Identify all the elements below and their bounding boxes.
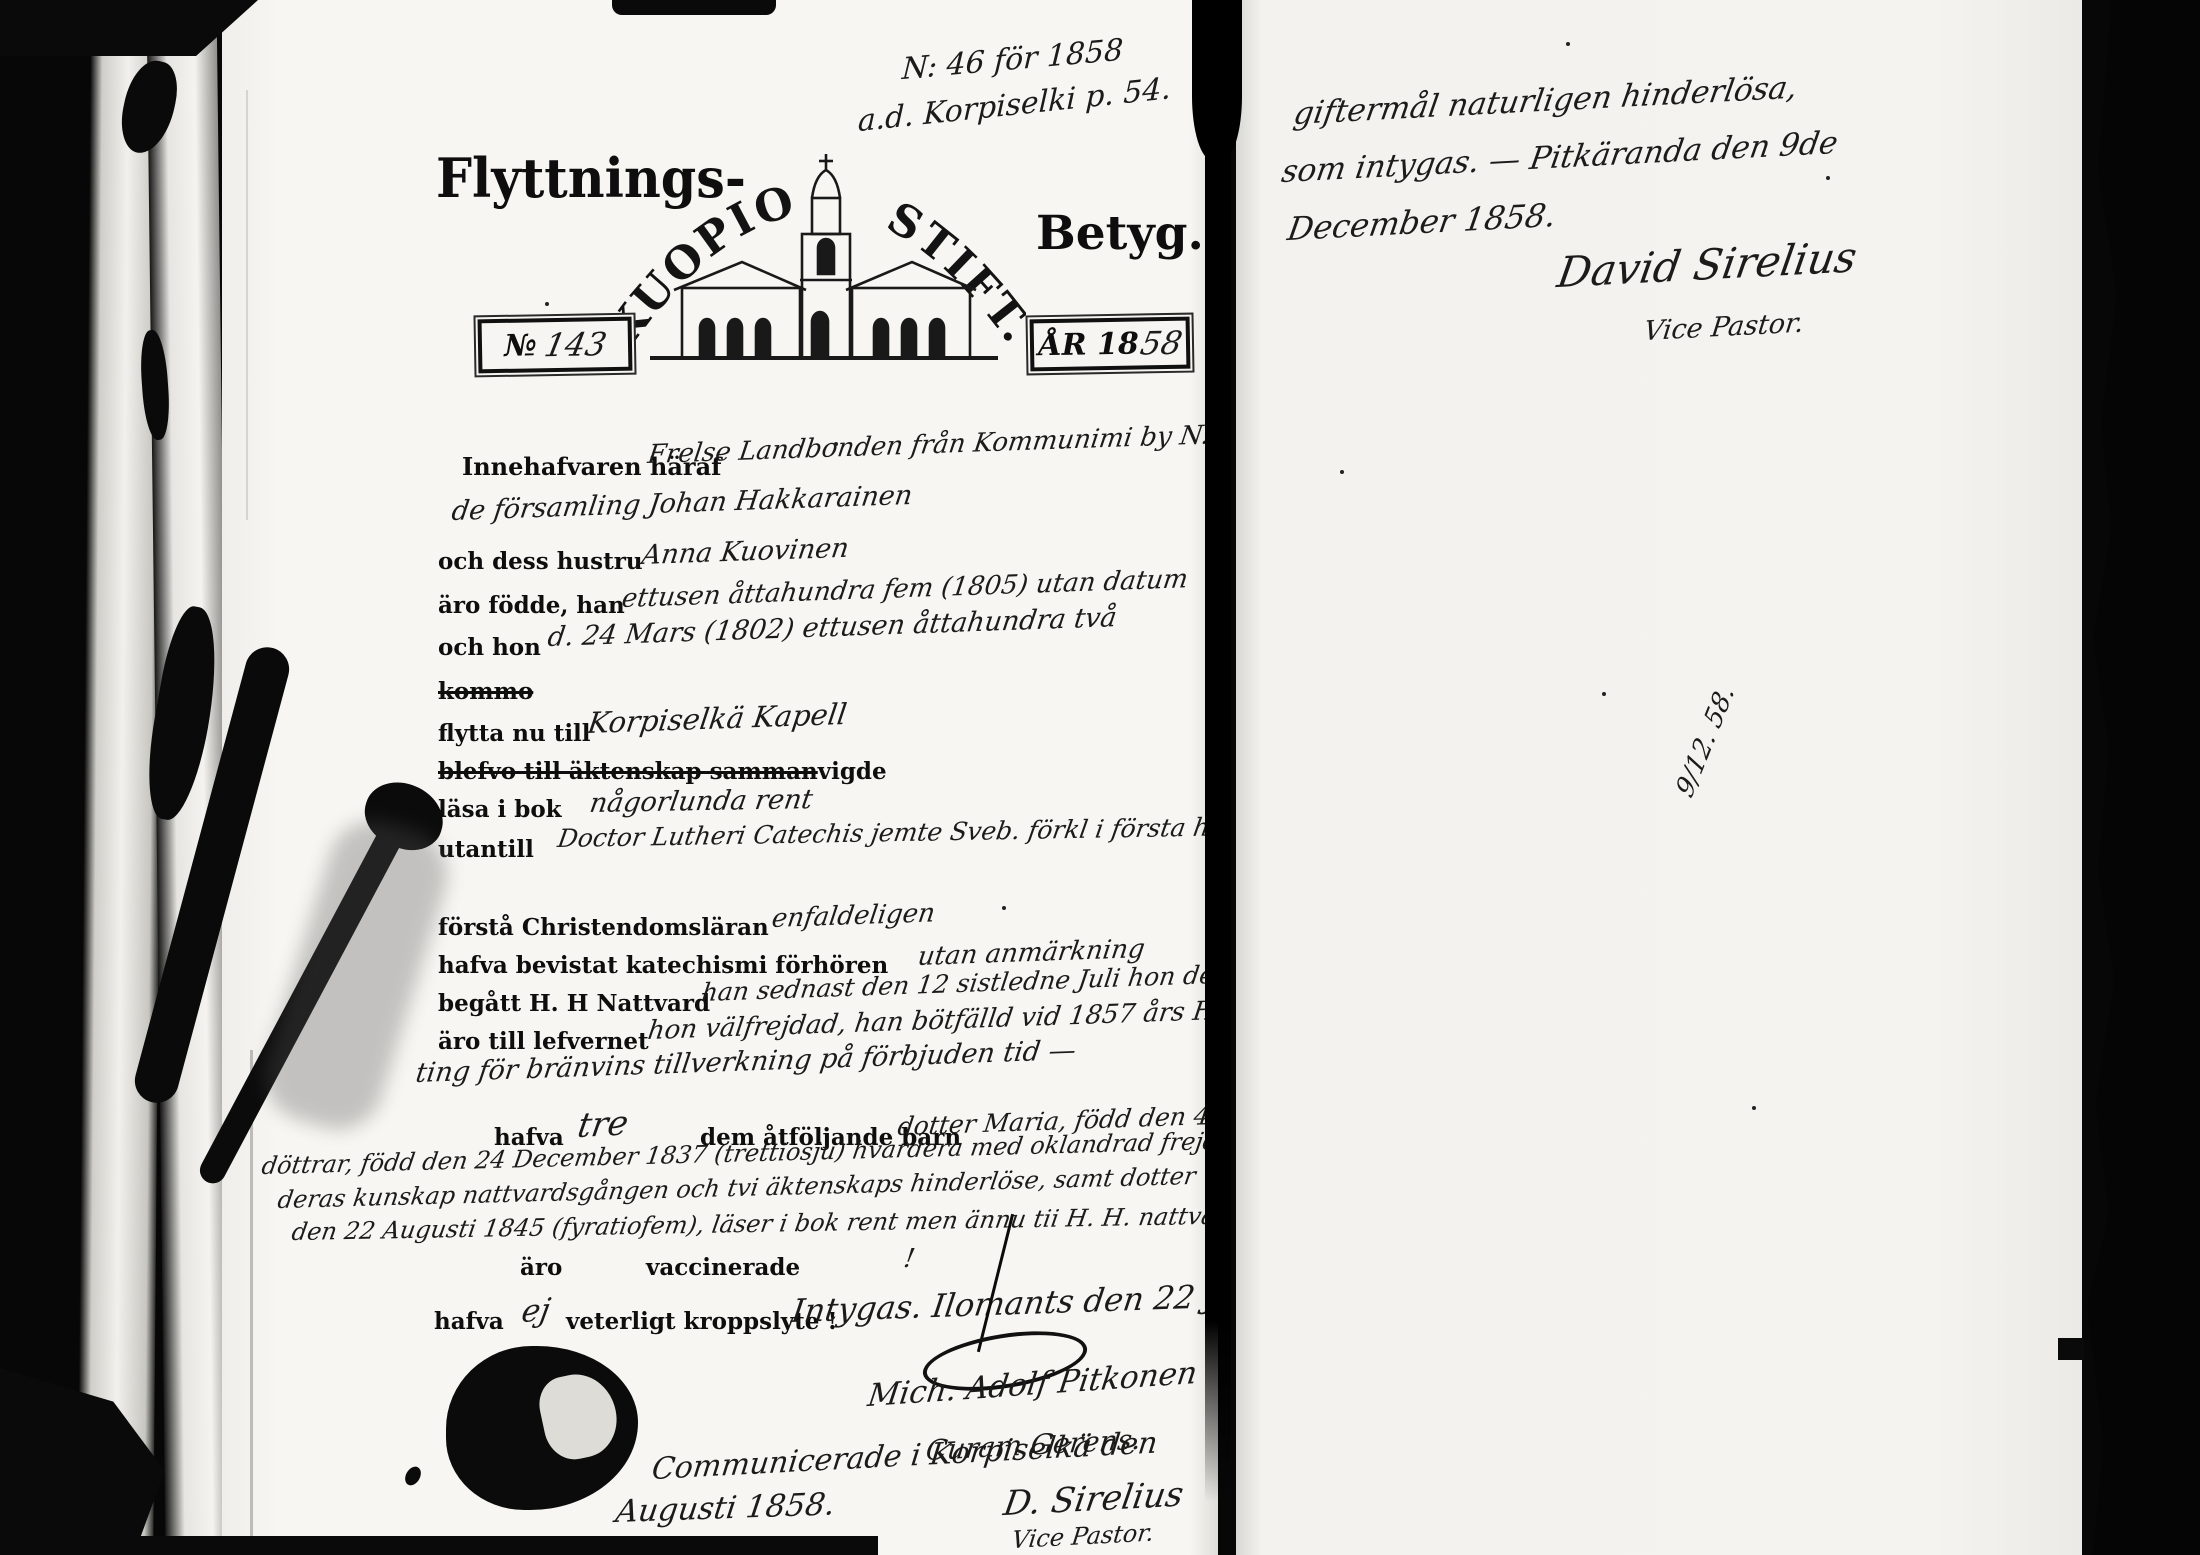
handwritten-mark: ! xyxy=(901,1244,917,1274)
year-written: 58 xyxy=(1137,324,1185,363)
handwritten-entry: ej xyxy=(519,1292,553,1330)
form-label: äro xyxy=(520,1254,562,1281)
speckle xyxy=(1340,470,1344,474)
handwritten-entry: någorlunda rent xyxy=(588,784,815,819)
signature-title: Vice Pastor. xyxy=(1010,1518,1155,1554)
attestation-line: Intygas. Ilomants den 22 Juni 1858. xyxy=(789,1272,1218,1330)
handwritten-entry: tre xyxy=(575,1103,631,1146)
year-printed: ÅR 18 xyxy=(1038,326,1139,363)
handwritten-entry: Frelse Landbonden från Kommunimi by N:o … xyxy=(646,418,1218,470)
signature: David Sirelius xyxy=(1554,232,1860,297)
form-label: förstå Christendomsläran xyxy=(438,914,769,941)
signature-flourish xyxy=(977,1214,1014,1353)
form-label: utantill xyxy=(438,836,534,863)
page-fold-line xyxy=(246,90,248,520)
speckle xyxy=(1826,176,1830,180)
speckle xyxy=(545,302,549,306)
speckle xyxy=(1566,42,1570,46)
year-box: ÅR 18 58 xyxy=(1030,317,1191,372)
form-label: hafva xyxy=(434,1308,504,1335)
handwritten-entry: Anna Kuovinen xyxy=(640,533,851,571)
handwritten-line: Augusti 1858. xyxy=(613,1486,837,1530)
signature-title: Vice Pastor. xyxy=(1642,308,1806,348)
form-label: vaccinerade xyxy=(646,1254,800,1281)
speckle xyxy=(1752,1106,1756,1110)
arc-text-stift: STIFT. xyxy=(879,192,1026,353)
left-page-content: N: 46 för 1858 a.d. Korpiselki p. 54. Fl… xyxy=(0,0,1218,1555)
form-label: och dess hustru xyxy=(438,548,643,575)
handwritten-entry: enfaldeligen xyxy=(770,898,937,934)
speckle xyxy=(1002,906,1006,910)
form-label-struck: kommo xyxy=(438,678,533,705)
right-page-content: giftermål naturligen hinderlösa, som int… xyxy=(1236,0,2082,1555)
form-label: läsa i bok xyxy=(438,796,562,823)
right-scan-margin xyxy=(2066,0,2200,1555)
handwritten-entry: de församling Johan Hakkarainen xyxy=(450,480,915,527)
scan-artifact xyxy=(2058,1338,2084,1360)
scan-artifact xyxy=(612,0,776,15)
marginal-note: 9/12. 58. xyxy=(1671,679,1740,803)
form-title-right: Betyg. xyxy=(1036,206,1204,261)
scanned-document: N: 46 för 1858 a.d. Korpiselki p. 54. Fl… xyxy=(0,0,2200,1555)
scan-artifact xyxy=(138,329,172,441)
speckle xyxy=(1602,692,1606,696)
form-label: och hon xyxy=(438,634,541,661)
church-illustration: KUOPIO STIFT. xyxy=(616,142,1026,374)
ink-dot xyxy=(402,1464,424,1488)
form-label-partly-struck: blefvo till äktenskap sammanvigde xyxy=(438,758,887,785)
form-label: äro födde, han xyxy=(438,592,625,619)
handwritten-line: giftermål naturligen hinderlösa, xyxy=(1291,69,1800,132)
signature: D. Sirelius xyxy=(1001,1474,1186,1524)
scan-artifact xyxy=(115,56,183,158)
certificate-number: 143 xyxy=(541,325,609,364)
speckle xyxy=(834,442,838,446)
handwritten-line: Communicerade i Korpiselkä den xyxy=(650,1425,1160,1487)
form-label: flytta nu till xyxy=(438,720,591,747)
handwritten-entry: Korpiselkä Kapell xyxy=(586,697,849,740)
form-label: begått H. H Nattvard xyxy=(438,990,710,1017)
handwritten-line: December 1858. xyxy=(1285,196,1559,248)
handwritten-line: som intygas. — Pitkäranda den 9de xyxy=(1279,125,1840,190)
ink-smudge xyxy=(253,809,458,1141)
scan-edge xyxy=(0,1536,878,1555)
certificate-number-box: № 143 xyxy=(478,317,633,374)
book-gutter xyxy=(1205,0,1231,1502)
number-sign: № xyxy=(504,328,537,364)
